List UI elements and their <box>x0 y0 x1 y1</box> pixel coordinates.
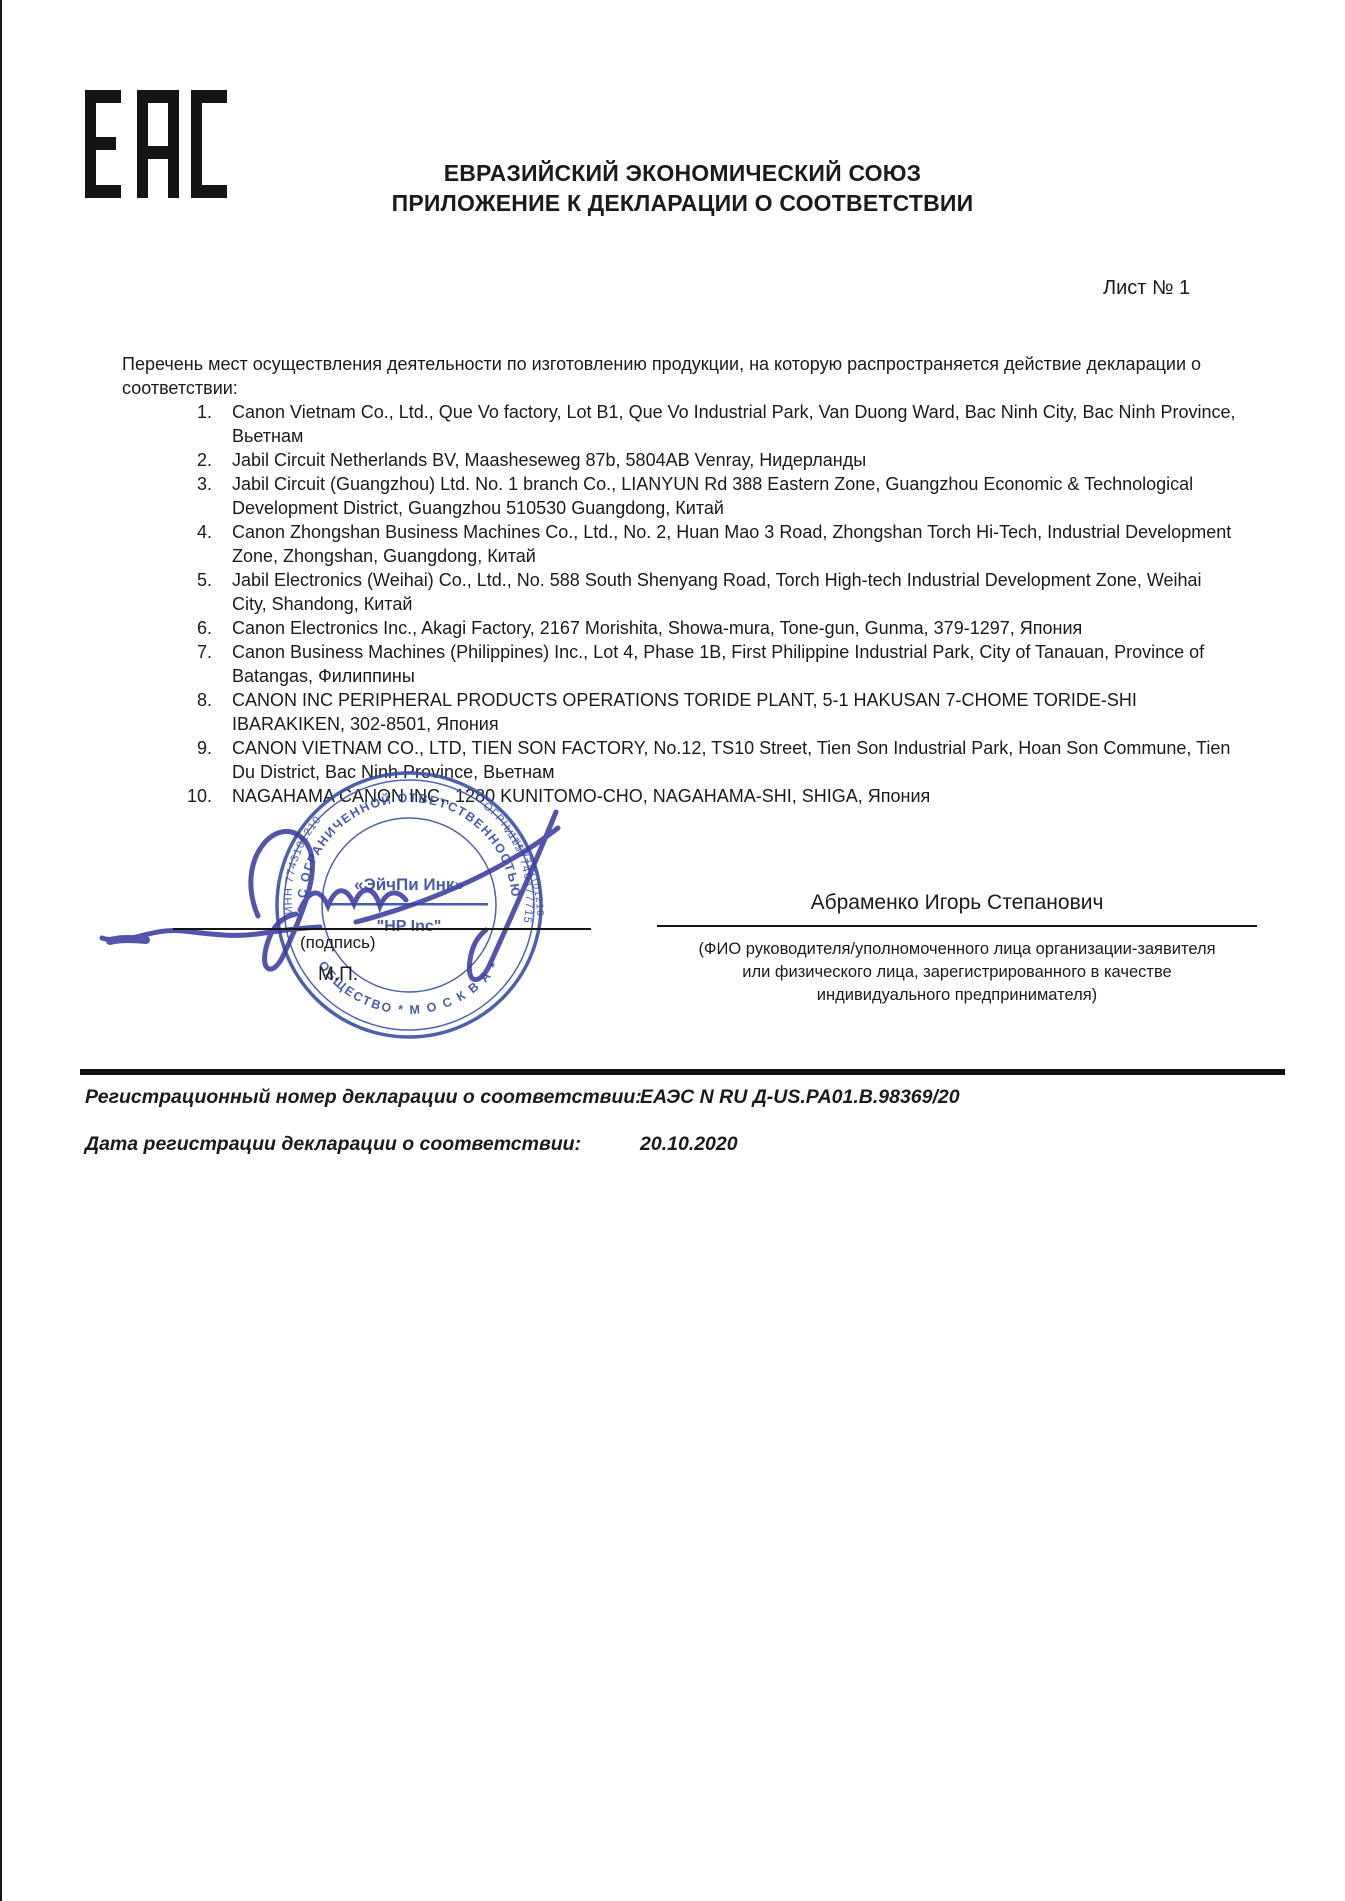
signer-name-underline <box>657 925 1257 927</box>
intro-paragraph: Перечень мест осуществления деятельности… <box>122 352 1244 400</box>
facility-number: 7. <box>122 640 212 664</box>
stamp-center-company-en: "HP Inc" <box>377 918 442 935</box>
document-page: ЕВРАЗИЙСКИЙ ЭКОНОМИЧЕСКИЙ СОЮЗ ПРИЛОЖЕНИ… <box>0 0 1345 1901</box>
company-stamp-seal: С ОГРАНИЧЕННОЙ ОТВЕТСТВЕННОСТЬЮ ОБЩЕСТВО… <box>272 768 546 1042</box>
signer-caption-line-1: (ФИО руководителя/уполномоченного лица о… <box>627 938 1287 961</box>
registration-date-row: Дата регистрации декларации о соответств… <box>85 1133 1285 1156</box>
facilities-list: 1.Canon Vietnam Co., Ltd., Que Vo factor… <box>122 400 1244 808</box>
registration-number-row: Регистрационный номер декларации о соотв… <box>85 1086 1285 1109</box>
facility-row: 5.Jabil Electronics (Weihai) Co., Ltd., … <box>122 568 1244 616</box>
left-scan-edge-line <box>0 0 2 1901</box>
facility-number: 4. <box>122 520 212 544</box>
facility-row: 1.Canon Vietnam Co., Ltd., Que Vo factor… <box>122 400 1244 448</box>
facility-row: 3.Jabil Circuit (Guangzhou) Ltd. No. 1 b… <box>122 472 1244 520</box>
facility-text: Canon Zhongshan Business Machines Co., L… <box>232 520 1240 568</box>
section-divider-line <box>80 1069 1285 1075</box>
facility-text: CANON INC PERIPHERAL PRODUCTS OPERATIONS… <box>232 688 1240 736</box>
facility-row: 6.Canon Electronics Inc., Akagi Factory,… <box>122 616 1244 640</box>
facility-row: 7.Canon Business Machines (Philippines) … <box>122 640 1244 688</box>
stamp-center-company-ru: «ЭйчПи Инк» <box>354 875 464 894</box>
signer-caption-line-2: или физического лица, зарегистрированног… <box>627 961 1287 984</box>
facility-text: Canon Business Machines (Philippines) In… <box>232 640 1240 688</box>
facility-number: 10. <box>122 784 212 808</box>
facility-row: 2.Jabil Circuit Netherlands BV, Maashese… <box>122 448 1244 472</box>
facility-number: 6. <box>122 616 212 640</box>
sheet-number: Лист № 1 <box>1103 277 1190 300</box>
seal-place-caption: М.П. <box>318 964 358 986</box>
facility-text: Canon Electronics Inc., Akagi Factory, 2… <box>232 616 1240 640</box>
signer-caption-line-3: индивидуального предпринимателя) <box>627 984 1287 1007</box>
registration-number-label: Регистрационный номер декларации о соотв… <box>85 1086 642 1108</box>
facility-text: Jabil Circuit (Guangzhou) Ltd. No. 1 bra… <box>232 472 1240 520</box>
facility-number: 8. <box>122 688 212 712</box>
page-title: ЕВРАЗИЙСКИЙ ЭКОНОМИЧЕСКИЙ СОЮЗ ПРИЛОЖЕНИ… <box>80 158 1285 218</box>
facility-number: 1. <box>122 400 212 424</box>
facility-row: 4.Canon Zhongshan Business Machines Co.,… <box>122 520 1244 568</box>
title-line-1: ЕВРАЗИЙСКИЙ ЭКОНОМИЧЕСКИЙ СОЮЗ <box>80 158 1285 188</box>
signer-name: Абраменко Игорь Степанович <box>657 891 1257 915</box>
facility-number: 9. <box>122 736 212 760</box>
registration-date-label: Дата регистрации декларации о соответств… <box>85 1133 581 1155</box>
facility-text: Jabil Electronics (Weihai) Co., Ltd., No… <box>232 568 1240 616</box>
signature-line <box>173 928 591 930</box>
facility-number: 2. <box>122 448 212 472</box>
registration-date-value: 20.10.2020 <box>640 1133 738 1156</box>
signature-caption: (подпись) <box>300 933 376 953</box>
facility-text: Canon Vietnam Co., Ltd., Que Vo factory,… <box>232 400 1240 448</box>
facility-number: 5. <box>122 568 212 592</box>
facility-text: Jabil Circuit Netherlands BV, Maashesewe… <box>232 448 1240 472</box>
registration-number-value: ЕАЭС N RU Д-US.РА01.В.98369/20 <box>640 1086 960 1109</box>
title-line-2: ПРИЛОЖЕНИЕ К ДЕКЛАРАЦИИ О СООТВЕТСТВИИ <box>80 188 1285 218</box>
facility-row: 8.CANON INC PERIPHERAL PRODUCTS OPERATIO… <box>122 688 1244 736</box>
signer-caption: (ФИО руководителя/уполномоченного лица о… <box>627 938 1287 1007</box>
facility-number: 3. <box>122 472 212 496</box>
